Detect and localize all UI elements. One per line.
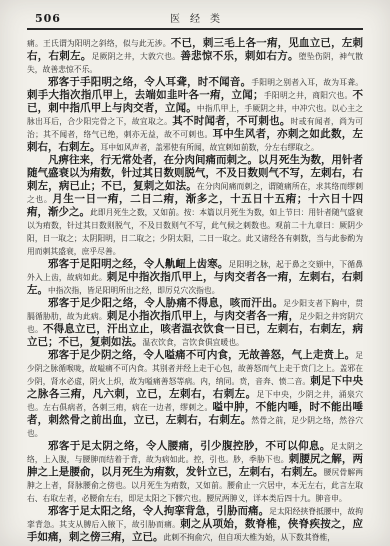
classic-text: 邪客于手阳明之络，令人耳聋，时不闻音。 (48, 76, 251, 88)
category-header-title: 医经类 (160, 10, 230, 25)
commentary-text: 手阳明之别者入耳，故为耳聋。 (251, 78, 363, 87)
classic-text: 邪客于足少阴之络，令人嗌痛不可内食，无故善怒，气上走贲上。 (48, 349, 355, 361)
commentary-text: 耳中如风声者，盖邪使有所闻，故宜刺如前数，分左右缪取之。 (101, 143, 319, 152)
text-paragraph: 邪客于足太阳之络，令人拘挛背急，引胁而痛。足太阳经挟脊抵腰中，故拘挛背急。其支从… (27, 505, 363, 544)
classic-text: 邪客于足太阴之络，令人腰痛，引少腹控䏚，不可以仰息。 (48, 440, 331, 452)
classic-text: 邪客于足少阳之络，令人胁痛不得息，咳而汗出。 (48, 297, 283, 309)
classic-text: 其不时闻者，不可刺也。 (172, 115, 290, 127)
text-paragraph: 邪客于足太阴之络，令人腰痛，引少腹控䏚，不可以仰息。足太阴之络，上入腹，与腰胂而… (27, 440, 363, 505)
text-body: 痛。王氏谓为阳明之斜络，似与此无涉。不已，刺三毛上各一痏，见血立已，左刺右，右刺… (27, 37, 363, 544)
commentary-text: 温衣饮食，言饮食俱宜暖也。 (143, 338, 244, 347)
commentary-text: 痛。王氏谓为阳明之斜络，似与此无涉。 (27, 39, 171, 48)
text-paragraph: 邪客于足少阳之络，令人胁痛不得息，咳而汗出。足少阳支者下胸中，贯膈循胁肋，故为此… (27, 297, 363, 349)
page-header: 506 医经类 (27, 8, 363, 30)
text-paragraph: 邪客于足阳明之经，令人鼽衄上齿寒。足阳明之脉，起于鼻之交頞中，下循鼻外入上齿，故… (27, 258, 363, 297)
classic-text: 邪客于足阳明之经，令人鼽衄上齿寒。 (48, 258, 229, 270)
classic-text: 善悲惊不乐，刺如右方。 (180, 50, 298, 62)
page-number: 506 (35, 12, 61, 25)
text-paragraph: 邪客于足少阴之络，令人嗌痛不可内食，无故善怒，气上走贲上。足少阴之脉循喉咙，故嗌… (27, 349, 363, 440)
text-paragraph: 邪客于手阳明之络，令人耳聋，时不闻音。手阳明之别者入耳，故为耳聋。刺手大指次指爪… (27, 76, 363, 154)
classic-text: 邪客于足太阳之络，令人拘挛背急，引胁而痛。 (48, 505, 269, 517)
text-paragraph: 凡痹往来，行无常处者，在分肉间痛而刺之。以月死生为数，用针者随气盛衰以为痏数，针… (27, 154, 363, 258)
classic-text: 刺手大指次指爪甲上，去端如韭叶各一痏，立闻； (27, 89, 264, 101)
commentary-text: 中指次指，皆足阳明所出之经，即厉兑穴次指也。 (48, 286, 220, 295)
commentary-text: 手阳明之井，商阳穴也。 (264, 91, 353, 100)
commentary-text: 足厥阴之井，大敦穴也。 (92, 52, 181, 61)
classic-text: 刺足小指次指爪甲上，与肉交者各一痏， (107, 310, 299, 322)
text-paragraph: 痛。王氏谓为阳明之斜络，似与此无涉。不已，刺三毛上各一痏，见血立已，左刺右，右刺… (27, 37, 363, 76)
book-page: 506 医经类 痛。王氏谓为阳明之斜络，似与此无涉。不已，刺三毛上各一痏，见血立… (0, 0, 390, 546)
commentary-text: 此刺不拘俞穴，但自项大椎为始，从下数其脊椎， (164, 533, 336, 542)
